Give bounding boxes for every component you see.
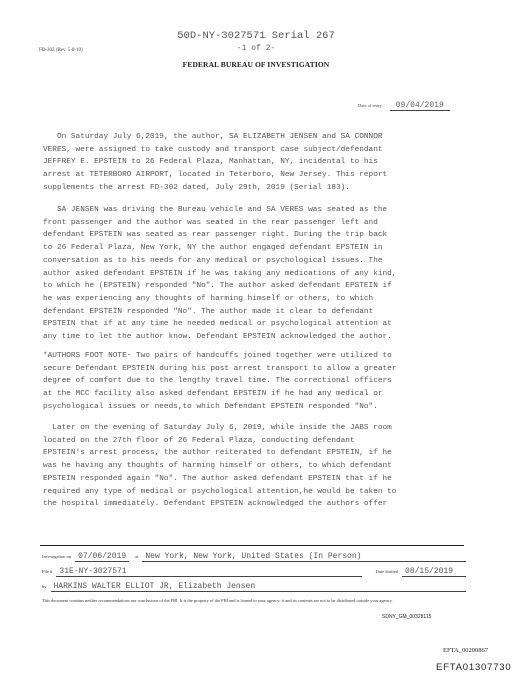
footer-divider [40, 545, 464, 546]
file-row: File # 31E-NY-3027571 Date drafted 08/15… [42, 567, 466, 577]
paragraph-1: On Saturday July 6,2019, the author, SA … [43, 131, 473, 195]
at-label: at [135, 554, 138, 559]
paragraph-footnote: *AUTHORS FOOT NOTE- Two pairs of handcuf… [43, 350, 473, 414]
form-number: FD-302 (Rev. 5-8-10) [39, 48, 83, 53]
serial-stamp: 50D-NY-3027571 Serial 267 [0, 30, 512, 42]
by-row: by HARKINS WALTER ELLIOT JR, Elizabeth J… [42, 582, 466, 592]
file-label: File # [42, 569, 52, 574]
investigation-row: Investigation on 07/06/2019 at New York,… [42, 552, 466, 562]
paragraph-2: SA JENSEN was driving the Bureau vehicle… [43, 204, 473, 344]
paragraph-4: Later on the evening of Saturday July 6,… [43, 422, 473, 511]
authors: HARKINS WALTER ELLIOT JR, Elizabeth Jens… [51, 582, 467, 592]
bates-efta-small: EFTA_00200867 [443, 647, 488, 654]
file-number: 31E-NY-3027571 [56, 567, 361, 577]
date-drafted: 08/15/2019 [402, 567, 466, 577]
investigation-date: 07/06/2019 [75, 552, 129, 562]
date-drafted-label: Date drafted [376, 569, 398, 574]
date-of-entry-value: 09/04/2019 [390, 101, 450, 111]
investigation-on-label: Investigation on [42, 554, 71, 559]
by-label: by [42, 584, 47, 589]
date-of-entry-label: Date of entry [358, 103, 382, 108]
bates-sdny: SDNY_GM_00328115 [382, 614, 431, 620]
investigation-location: New York, New York, United States (In Pe… [142, 552, 466, 562]
disclaimer: This document contains neither recommend… [42, 597, 466, 604]
bates-efta-large: EFTA01307730 [436, 662, 511, 673]
date-of-entry: Date of entry 09/04/2019 [358, 101, 450, 111]
agency-title: FEDERAL BUREAU OF INVESTIGATION [0, 60, 512, 69]
